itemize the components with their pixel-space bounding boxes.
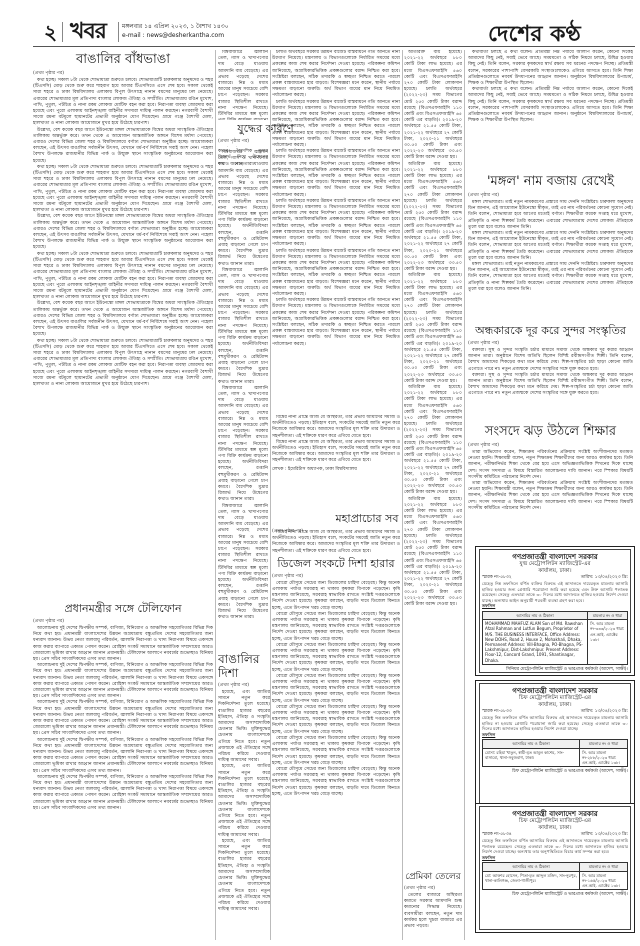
- column-header: আসামির নাম ও ঠিকানা: [483, 611, 588, 619]
- article-bangalir-baandhbhanga: বাঙালির বাঁধভাঙা (প্রথম পৃষ্ঠার পর) কথা …: [33, 52, 213, 388]
- paragraph: বক্তারা। সুস্থ ও সুন্দর সংস্কৃতি চর্চার …: [468, 373, 633, 398]
- paragraph: হয়েছে, এবং জাতির সামনে নতুন করে দিকনির্…: [218, 764, 270, 838]
- article-body: চলতি অর্থবছরে সরকার উন্নয়ন বাজেট বাস্তব…: [272, 50, 400, 348]
- paragraph: চলতি অর্থবছরে সরকার উন্নয়ন বাজেট বাস্তব…: [272, 100, 400, 150]
- notice-title: গণপ্রজাতন্ত্রী বাংলাদেশ সরকার: [482, 552, 628, 561]
- headline: প্রধানমন্ত্রীর সঙ্গে টেলিফোন: [33, 602, 213, 616]
- continued-label: (প্রথম পৃষ্ঠার পর): [468, 443, 633, 449]
- table-cell: সি. আর মামলা নং-২৮৮/২০২৩ ধারা: এন.আই. এ্…: [580, 748, 628, 767]
- paragraph: মঙ্গল শোভাযাত্রা। তাই নতুন নামকরণের প্রস…: [468, 262, 633, 293]
- newspaper-brand: দেশের কণ্ঠ: [488, 22, 581, 46]
- column-header: মামলার নং ও ধারা: [580, 863, 628, 871]
- notice-table: আসামির নাম ও ঠিকানা মামলার নং ও ধারা MOH…: [482, 611, 628, 665]
- legal-notice: গণপ্রজাতন্ত্রী বাংলাদেশ সরকার যুগ্ম মেট্…: [475, 546, 635, 676]
- column-1: বাঙালির বাঁধভাঙা (প্রথম পৃষ্ঠার পর) কথা …: [33, 50, 213, 940]
- notice-body: যেহেতু নিম্ন তফসিলে বর্ণিত ব্যক্তির বিরু…: [482, 581, 628, 603]
- paragraph: মঙ্গল শোভাযাত্রা। তাই নতুন নামকরণের প্রস…: [468, 231, 633, 262]
- column-3: চলতি অর্থবছরে সরকার উন্নয়ন বাজেট বাস্তব…: [272, 50, 400, 415]
- paragraph: তেলের বাজারে অস্থিরতা কমাতে সরকার আমদানি…: [404, 893, 462, 930]
- article-body: মঙ্গল শোভাযাত্রা। তাই নতুন নামকরণের প্রস…: [468, 200, 633, 293]
- article-andhokar-dur: অন্ধকারকে দূর করে সুন্দর সংস্কৃতির (প্রথ…: [468, 322, 633, 420]
- paragraph: কথা হচ্ছে। সকাল ৮টা থেকে শোভাযাত্রা শুরু…: [33, 339, 213, 389]
- column-header: মামলার নং ও ধারা: [580, 740, 628, 748]
- paragraph: চলতি অর্থবছরে সরকার উন্নয়ন বাজেট বাস্তব…: [272, 50, 400, 100]
- column-2-continued: বিশ্ববাজারে জ্বালানি তেল, গ্যাস ও খাদ্যপ…: [218, 150, 268, 640]
- continued-label: (প্রথম পৃষ্ঠার পর): [218, 683, 270, 689]
- paragraph: বোরো মৌসুমে সেচের জন্য ডিজেলের চাহিদা বে…: [272, 581, 400, 612]
- paragraph: অতিরিক্ত ব্যয় হয়েছে। ২০২১-২২ অর্থবছরে …: [404, 50, 462, 162]
- date-line: মঙ্গলবার ১৪ এপ্রিল ২০২৩, ১ বৈশাখ ১৪৩০: [122, 23, 229, 31]
- notice-subtitle: যুগ্ম মেট্রোপলিটন ম্যাজিস্ট্রেট-এর: [482, 561, 628, 568]
- paragraph: তারা অভিযোগ করেন, শিক্ষাক্রম পরিবর্তনের …: [468, 481, 633, 512]
- notice-title: গণপ্রজাতন্ত্রী বাংলাদেশ সরকার: [482, 809, 628, 818]
- paragraph: হয়েছে, এবং জাতির সামনে নতুন করে দিকনির্…: [218, 690, 270, 764]
- notice-signature: চিফ মেট্রোপলিটন ম্যাজিস্ট্রেট ও ভারপ্রাপ…: [482, 769, 628, 775]
- article-bangalir-disha: বাঙালির দিশা (প্রথম পৃষ্ঠার পর) হয়েছে, …: [218, 650, 270, 940]
- schedule-label: তফসিল: [482, 603, 628, 609]
- paragraph: অতিরিক্ত ব্যয় হয়েছে। ২০২১-২২ অর্থবছরে …: [404, 162, 462, 274]
- paragraph: কথা হচ্ছে। সকাল ৮টা থেকে শোভাযাত্রা শুরু…: [33, 252, 213, 302]
- paragraph: মঙ্গল শোভাযাত্রা। তাই নতুন নামকরণের প্রস…: [468, 200, 633, 231]
- paragraph: কথা হচ্ছে। সকাল ৮টা থেকে শোভাযাত্রা শুরু…: [33, 165, 213, 215]
- table-cell: মোসা: রহিমা খাতুন, স্বামী-মৃত আবুল কাশেম…: [483, 748, 580, 767]
- email-line: e-mail : news@desherkantha.com: [122, 32, 224, 40]
- schedule-label: তফসিল: [482, 855, 628, 861]
- article-body: তারা অভিযোগ করেন, শিক্ষাক্রম পরিবর্তনের …: [468, 450, 633, 512]
- article-mongol-nam: 'মঙ্গল' নাম বজায় রেখেই (প্রথম পৃষ্ঠার প…: [468, 172, 633, 320]
- continued-label: (প্রথম পৃষ্ঠার পর): [272, 574, 400, 580]
- article-body: বক্তারা। সুস্থ ও সুন্দর সংস্কৃতি চর্চার …: [468, 348, 633, 398]
- masthead: ২ খবর মঙ্গলবার ১৪ এপ্রিল ২০২৩, ১ বৈশাখ ১…: [0, 0, 640, 42]
- continued-label: (প্রথম পৃষ্ঠার পর): [468, 341, 633, 347]
- article-teler: প্রেমিকা তেলের (প্রথম পৃষ্ঠার পর) তেলের …: [404, 870, 462, 940]
- paragraph: কথাবার্তা চলছে এ কথা বলেন। প্রতিমন্ত্রী …: [468, 50, 633, 87]
- column-divider: [464, 50, 465, 940]
- paragraph: বিশ্বের নানা প্রান্তে আজ যে অস্থিরতা, তা…: [272, 415, 400, 440]
- paragraph: উল্লেখ্য, বেশ কয়েক বছর আগে ইউনেস্কো মঙ্…: [33, 214, 213, 251]
- paragraph: চলতি অর্থবছরে সরকার উন্নয়ন বাজেট বাস্তব…: [272, 249, 400, 299]
- paragraph: বিশ্ববাজারে জ্বালানি তেল, গ্যাস ও খাদ্যপ…: [218, 150, 268, 268]
- headline: প্রেমিকা তেলের: [404, 872, 462, 883]
- notice-subtitle: চিফ মেট্রোপলিটন ম্যাজিস্ট্রেট-এর: [482, 695, 628, 702]
- article-body: কথাবার্তা চলছে এ কথা বলেন। প্রতিমন্ত্রী …: [468, 50, 633, 124]
- continued-label: (প্রথম পৃষ্ঠার পর): [33, 619, 213, 625]
- paragraph: বক্তারা। সুস্থ ও সুন্দর সংস্কৃতি চর্চার …: [468, 348, 633, 373]
- column-5-top: কথাবার্তা চলছে এ কথা বলেন। প্রতিমন্ত্রী …: [468, 50, 633, 150]
- paragraph: উল্লেখ্য, বেশ কয়েক বছর আগে ইউনেস্কো মঙ্…: [33, 301, 213, 338]
- column-header: আসামির নাম ও ঠিকানা: [483, 863, 580, 871]
- table-row: MOHAMMAD MAHFUZ ALAM Son of Md. Rawshan …: [483, 620, 628, 665]
- paragraph: হয়েছে, এবং জাতির সামনে নতুন করে দিকনির্…: [218, 839, 270, 913]
- paragraph: বিশ্বের নানা প্রান্তে আজ যে অস্থিরতা, তা…: [272, 440, 400, 465]
- notice-body: যেহেতু নিম্ন তফসিলে বর্ণিত আসামির বিরুদ্…: [482, 715, 628, 732]
- article-diesel-sonkote: বিশ্বের নানা প্রান্তে আজ যে অস্থিরতা, তা…: [272, 530, 400, 940]
- notice-title: গণপ্রজাতন্ত্রী বাংলাদেশ সরকার: [482, 686, 628, 695]
- table-header-row: আসামির নাম ও ঠিকানা মামলার নং ও ধারা: [483, 740, 628, 748]
- paragraph: কথা হচ্ছে। সকাল ৮টা থেকে শোভাযাত্রা শুরু…: [33, 78, 213, 128]
- headline: বাঙালির দিশা: [218, 652, 270, 680]
- masthead-divider: [118, 22, 119, 42]
- article-body: তেলের বাজারে অস্থিরতা কমাতে সরকার আমদানি…: [404, 893, 462, 930]
- notice-signature: চিফ মেট্রোপলিটন ম্যাজিস্ট্রেট ও ভারপ্রাপ…: [482, 892, 628, 898]
- article-body: বিশ্বের নানা প্রান্তে আজ যে অস্থিরতা, তা…: [272, 415, 400, 465]
- notice-office: কার্যালয়, ঢাকা।: [482, 568, 628, 575]
- schedule-label: তফসিল: [482, 732, 628, 738]
- table-cell: সি. আর মামলা নং-৩৩৩/২০২৩ ধারা: এন.আই. এ্…: [588, 620, 628, 665]
- column-divider: [402, 50, 403, 940]
- paragraph: বোরো মৌসুমে সেচের জন্য ডিজেলের চাহিদা বে…: [272, 736, 400, 767]
- paragraph: উল্লেখ্য, বেশ কয়েক বছর আগে ইউনেস্কো মঙ্…: [33, 128, 213, 165]
- masthead-divider: [62, 22, 63, 42]
- article-songsode-jhor: সংসদে ঝড় উঠলে শিক্ষার (প্রথম পৃষ্ঠার পর…: [468, 422, 633, 542]
- table-cell: মো: আক্তার হোসেন, পিতা-মৃত আব্দুল মজিদ, …: [483, 871, 580, 890]
- legal-notice: গণপ্রজাতন্ত্রী বাংলাদেশ সরকার চিফ মেট্রো…: [475, 803, 635, 933]
- notice-office: কার্যালয়, ঢাকা।: [482, 825, 628, 832]
- notice-table: আসামির নাম ও ঠিকানা মামলার নং ও ধারা মো:…: [482, 862, 628, 890]
- column-3-mid: বিশ্বের নানা প্রান্তে আজ যে অস্থিরতা, তা…: [272, 415, 400, 510]
- notice-body: যেহেতু নিম্ন তফসিলে বর্ণিত আসামির বিরুদ্…: [482, 838, 628, 855]
- table-header-row: আসামির নাম ও ঠিকানা মামলার নং ও ধারা: [483, 611, 628, 619]
- section-name: খবর: [70, 20, 106, 42]
- article-body: আলোচনায় দুই দেশের দ্বিপক্ষীয় সম্পর্ক, …: [33, 626, 213, 812]
- paragraph: বোরো মৌসুমে সেচের জন্য ডিজেলের চাহিদা বে…: [272, 643, 400, 674]
- paragraph: চলতি অর্থবছরে সরকার উন্নয়ন বাজেট বাস্তব…: [272, 199, 400, 249]
- headline: 'মঙ্গল' নাম বজায় রেখেই: [468, 174, 633, 190]
- column-4: অতিরিক্ত ব্যয় হয়েছে। ২০২১-২২ অর্থবছরে …: [404, 50, 462, 870]
- continued-label: (প্রথম পৃষ্ঠার পর): [404, 886, 462, 892]
- paragraph: বোরো মৌসুমে সেচের জন্য ডিজেলের চাহিদা বে…: [272, 612, 400, 643]
- paragraph: বোরো মৌসুমে সেচের জন্য ডিজেলের চাহিদা বে…: [272, 767, 400, 798]
- article-body: বিশ্বের নানা প্রান্তে আজ যে অস্থিরতা, তা…: [272, 530, 400, 555]
- paragraph: অতিরিক্ত ব্যয় হয়েছে। ২০২১-২২ অর্থবছরে …: [404, 497, 462, 609]
- paragraph: তারা অভিযোগ করেন, শিক্ষাক্রম পরিবর্তনের …: [468, 450, 633, 481]
- continued-label: (প্রথম পৃষ্ঠার পর): [468, 193, 633, 199]
- column-header: মামলার নং ও ধারা: [588, 611, 628, 619]
- paragraph: বিশ্ববাজারে জ্বালানি তেল, গ্যাস ও খাদ্যপ…: [218, 268, 268, 386]
- article-body: বিশ্ববাজারে জ্বালানি তেল, গ্যাস ও খাদ্যপ…: [218, 150, 268, 621]
- headline: বাঙালির বাঁধভাঙা: [33, 52, 213, 68]
- paragraph: বিশ্ববাজারে জ্বালানি তেল, গ্যাস ও খাদ্যপ…: [218, 504, 268, 622]
- paragraph: অতিরিক্ত ব্যয় হয়েছে। ২০২১-২২ অর্থবছরে …: [404, 385, 462, 497]
- table-row: মো: আক্তার হোসেন, পিতা-মৃত আব্দুল মজিদ, …: [483, 871, 628, 890]
- paragraph: আলোচনায় দুই দেশের দ্বিপক্ষীয় সম্পর্ক, …: [33, 775, 213, 812]
- notice-signature: সিনিয়র মেট্রোপলিটন ম্যাজিস্ট্রেট ও ভারপ…: [482, 667, 628, 673]
- legal-notice: গণপ্রজাতন্ত্রী বাংলাদেশ সরকার চিফ মেট্রো…: [475, 680, 635, 810]
- paragraph: বোরো মৌসুমে সেচের জন্য ডিজেলের চাহিদা বে…: [272, 674, 400, 705]
- headline: ডিজেল সংকটে দিশা হারার: [272, 557, 400, 571]
- headline: অন্ধকারকে দূর করে সুন্দর সংস্কৃতির: [468, 324, 633, 338]
- paragraph: আলোচনায় দুই দেশের দ্বিপক্ষীয় সম্পর্ক, …: [33, 663, 213, 700]
- continued-label: (প্রথম পৃষ্ঠার পর): [33, 71, 213, 77]
- table-row: মোসা: রহিমা খাতুন, স্বামী-মৃত আবুল কাশেম…: [483, 748, 628, 767]
- page-number: ২: [44, 22, 57, 42]
- byline: লেখক : ইমেরিটাস অধ্যাপক, ঢাকা বিশ্ববিদ্য…: [272, 467, 400, 473]
- column-divider: [215, 50, 216, 940]
- paragraph: বোরো মৌসুমে সেচের জন্য ডিজেলের চাহিদা বে…: [272, 705, 400, 736]
- paragraph: চলতি অর্থবছরে সরকার উন্নয়ন বাজেট বাস্তব…: [272, 149, 400, 199]
- masthead-rule: [33, 46, 635, 47]
- headline: সংসদে ঝড় উঠলে শিক্ষার: [468, 424, 633, 440]
- table-cell: MOHAMMAD MAHFUZ ALAM Son of Md. Rawshan …: [483, 620, 588, 665]
- paragraph: বিশ্বের নানা প্রান্তে আজ যে অস্থিরতা, তা…: [272, 530, 400, 555]
- column-header: আসামির নাম ও ঠিকানা: [483, 740, 580, 748]
- article-body: হয়েছে, এবং জাতির সামনে নতুন করে দিকনির্…: [218, 690, 270, 913]
- paragraph: আলোচনায় দুই দেশের দ্বিপক্ষীয় সম্পর্ক, …: [33, 738, 213, 775]
- table-cell: সি. আর মামলা নং-১৬৫/২০২৩ ধারা: এন.আই. এ্…: [580, 871, 628, 890]
- column-divider: [270, 50, 271, 940]
- paragraph: অতিরিক্ত ব্যয় হয়েছে। ২০২১-২২ অর্থবছরে …: [404, 273, 462, 385]
- paragraph: চলতি অর্থবছরে সরকার উন্নয়ন বাজেট বাস্তব…: [272, 298, 400, 348]
- notice-subtitle: চিফ মেট্রোপলিটন ম্যাজিস্ট্রেট-এর: [482, 818, 628, 825]
- table-header-row: আসামির নাম ও ঠিকানা মামলার নং ও ধারা: [483, 863, 628, 871]
- article-body: কথা হচ্ছে। সকাল ৮টা থেকে শোভাযাত্রা শুরু…: [33, 78, 213, 388]
- article-body: অতিরিক্ত ব্যয় হয়েছে। ২০২১-২২ অর্থবছরে …: [404, 50, 462, 608]
- notice-office: কার্যালয়, ঢাকা।: [482, 702, 628, 709]
- paragraph: আলোচনায় দুই দেশের দ্বিপক্ষীয় সম্পর্ক, …: [33, 626, 213, 663]
- paragraph: কথাবার্তা চলছে এ কথা বলেন। প্রতিমন্ত্রী …: [468, 87, 633, 124]
- paragraph: বিশ্ববাজারে জ্বালানি তেল, গ্যাস ও খাদ্যপ…: [218, 386, 268, 504]
- article-prodhanmontri-telephone: প্রধানমন্ত্রীর সঙ্গে টেলিফোন (প্রথম পৃষ্…: [33, 600, 213, 812]
- article-body: বোরো মৌসুমে সেচের জন্য ডিজেলের চাহিদা বে…: [272, 581, 400, 798]
- notice-table: আসামির নাম ও ঠিকানা মামলার নং ও ধারা মোস…: [482, 739, 628, 767]
- paragraph: আলোচনায় দুই দেশের দ্বিপক্ষীয় সম্পর্ক, …: [33, 700, 213, 737]
